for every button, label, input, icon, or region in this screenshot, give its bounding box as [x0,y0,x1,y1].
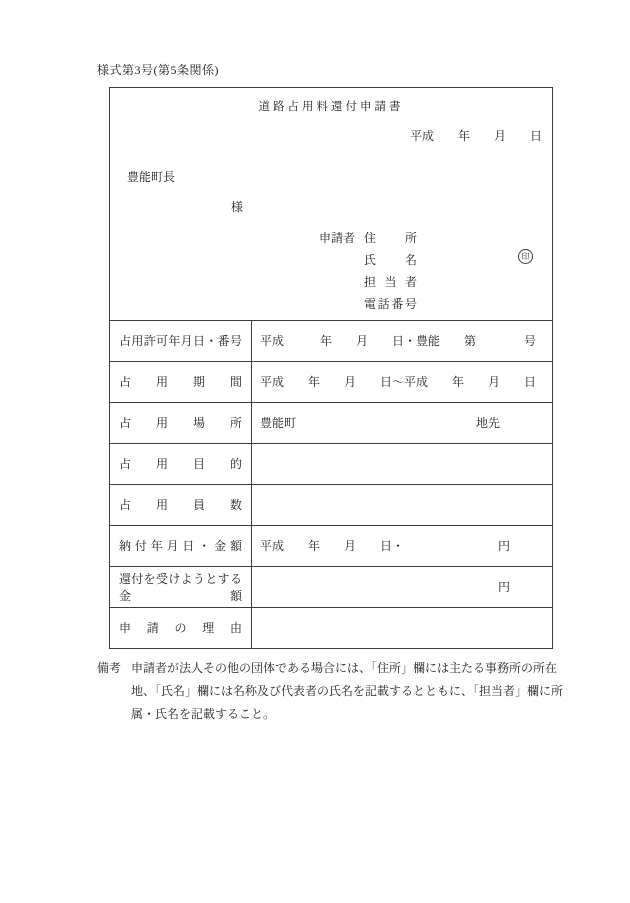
row-label-occupation-quantity: 占用員数 [110,485,252,525]
remarks-note: 備考 申請者が法人その他の団体である場合には、「住所」欄には主たる事務所の所在 … [97,657,567,726]
refund-label-line2: 金額 [119,588,242,605]
row-label-occupation-place: 占用場所 [110,403,252,443]
honorific-label: 様 [231,200,243,214]
remarks-body: 申請者が法人その他の団体である場合には、「住所」欄には主たる事務所の所在 地、「… [131,657,567,726]
row-value-permit-date-number: 平成 年 月 日・豊能 第 号 [252,321,552,361]
row-label-refund-amount: 還付を受けようとする 金額 [110,567,252,607]
row-value-occupation-quantity [252,485,552,525]
table-row-occupation-quantity: 占用員数 [110,484,552,525]
row-value-payment-date-amount: 平成 年 月 日・円 [252,526,552,566]
table-row-occupation-purpose: 占用目的 [110,443,552,484]
table-row-occupation-place: 占用場所 豊能町地先 [110,402,552,443]
row-label-occupation-period: 占用期間 [110,362,252,402]
form-title: 道路占用料還付申請書 [110,98,552,114]
row-label-occupation-purpose: 占用目的 [110,444,252,484]
remarks-line-3: 属・氏名を記載すること。 [131,703,567,726]
row-value-occupation-period: 平成 年 月 日～平成 年 月 日 [252,362,552,402]
table-row-refund-amount: 還付を受けようとする 金額 円 [110,566,552,607]
form-code-label: 様式第3号(第5条関係) [97,63,219,77]
applicant-address-label: 住所 [364,231,417,245]
form-table: 占用許可年月日・番号 平成 年 月 日・豊能 第 号 占用期間 平成 年 月 日… [110,320,552,648]
application-form-box: 道路占用料還付申請書 平成 年 月 日 豊能町長 様 申請者 住所 氏名 印 担… [109,87,553,649]
remarks-line-1: 申請者が法人その他の団体である場合には、「住所」欄には主たる事務所の所在 [131,657,567,680]
row-value-application-reason [252,608,552,648]
payment-date-text: 平成 年 月 日・ [260,539,404,553]
place-suffix: 地先 [476,416,500,430]
row-value-refund-amount: 円 [252,567,552,607]
row-label-payment-date-amount: 納付年月日・金額 [110,526,252,566]
table-row-payment-date-amount: 納付年月日・金額 平成 年 月 日・円 [110,525,552,566]
refund-label-line1: 還付を受けようとする [119,571,242,588]
table-row-permit-date-number: 占用許可年月日・番号 平成 年 月 日・豊能 第 号 [110,320,552,361]
row-value-occupation-purpose [252,444,552,484]
applicant-name-label: 氏名 [364,253,417,267]
applicant-label: 申請者 [319,231,355,245]
applicant-phone-label: 電話番号 [364,297,417,311]
addressee-name: 豊能町長 [127,170,175,184]
remarks-label: 備考 [97,657,121,680]
table-row-occupation-period: 占用期間 平成 年 月 日～平成 年 月 日 [110,361,552,402]
seal-icon: 印 [518,249,533,264]
applicant-contact-label: 担当者 [364,275,417,289]
table-row-application-reason: 申請の理由 [110,607,552,648]
payment-yen-label: 円 [498,539,510,553]
form-box-inner: 道路占用料還付申請書 平成 年 月 日 豊能町長 様 申請者 住所 氏名 印 担… [110,88,552,648]
date-line: 平成 年 月 日 [410,129,542,143]
row-label-permit-date-number: 占用許可年月日・番号 [110,321,252,361]
remarks-line-2: 地、「氏名」欄には名称及び代表者の氏名を記載するとともに、「担当者」欄に所 [131,680,567,703]
row-value-occupation-place: 豊能町地先 [252,403,552,443]
document-page: 様式第3号(第5条関係) 道路占用料還付申請書 平成 年 月 日 豊能町長 様 … [0,0,630,903]
place-prefix: 豊能町 [260,416,296,430]
row-label-application-reason: 申請の理由 [110,608,252,648]
refund-yen-label: 円 [498,580,510,594]
